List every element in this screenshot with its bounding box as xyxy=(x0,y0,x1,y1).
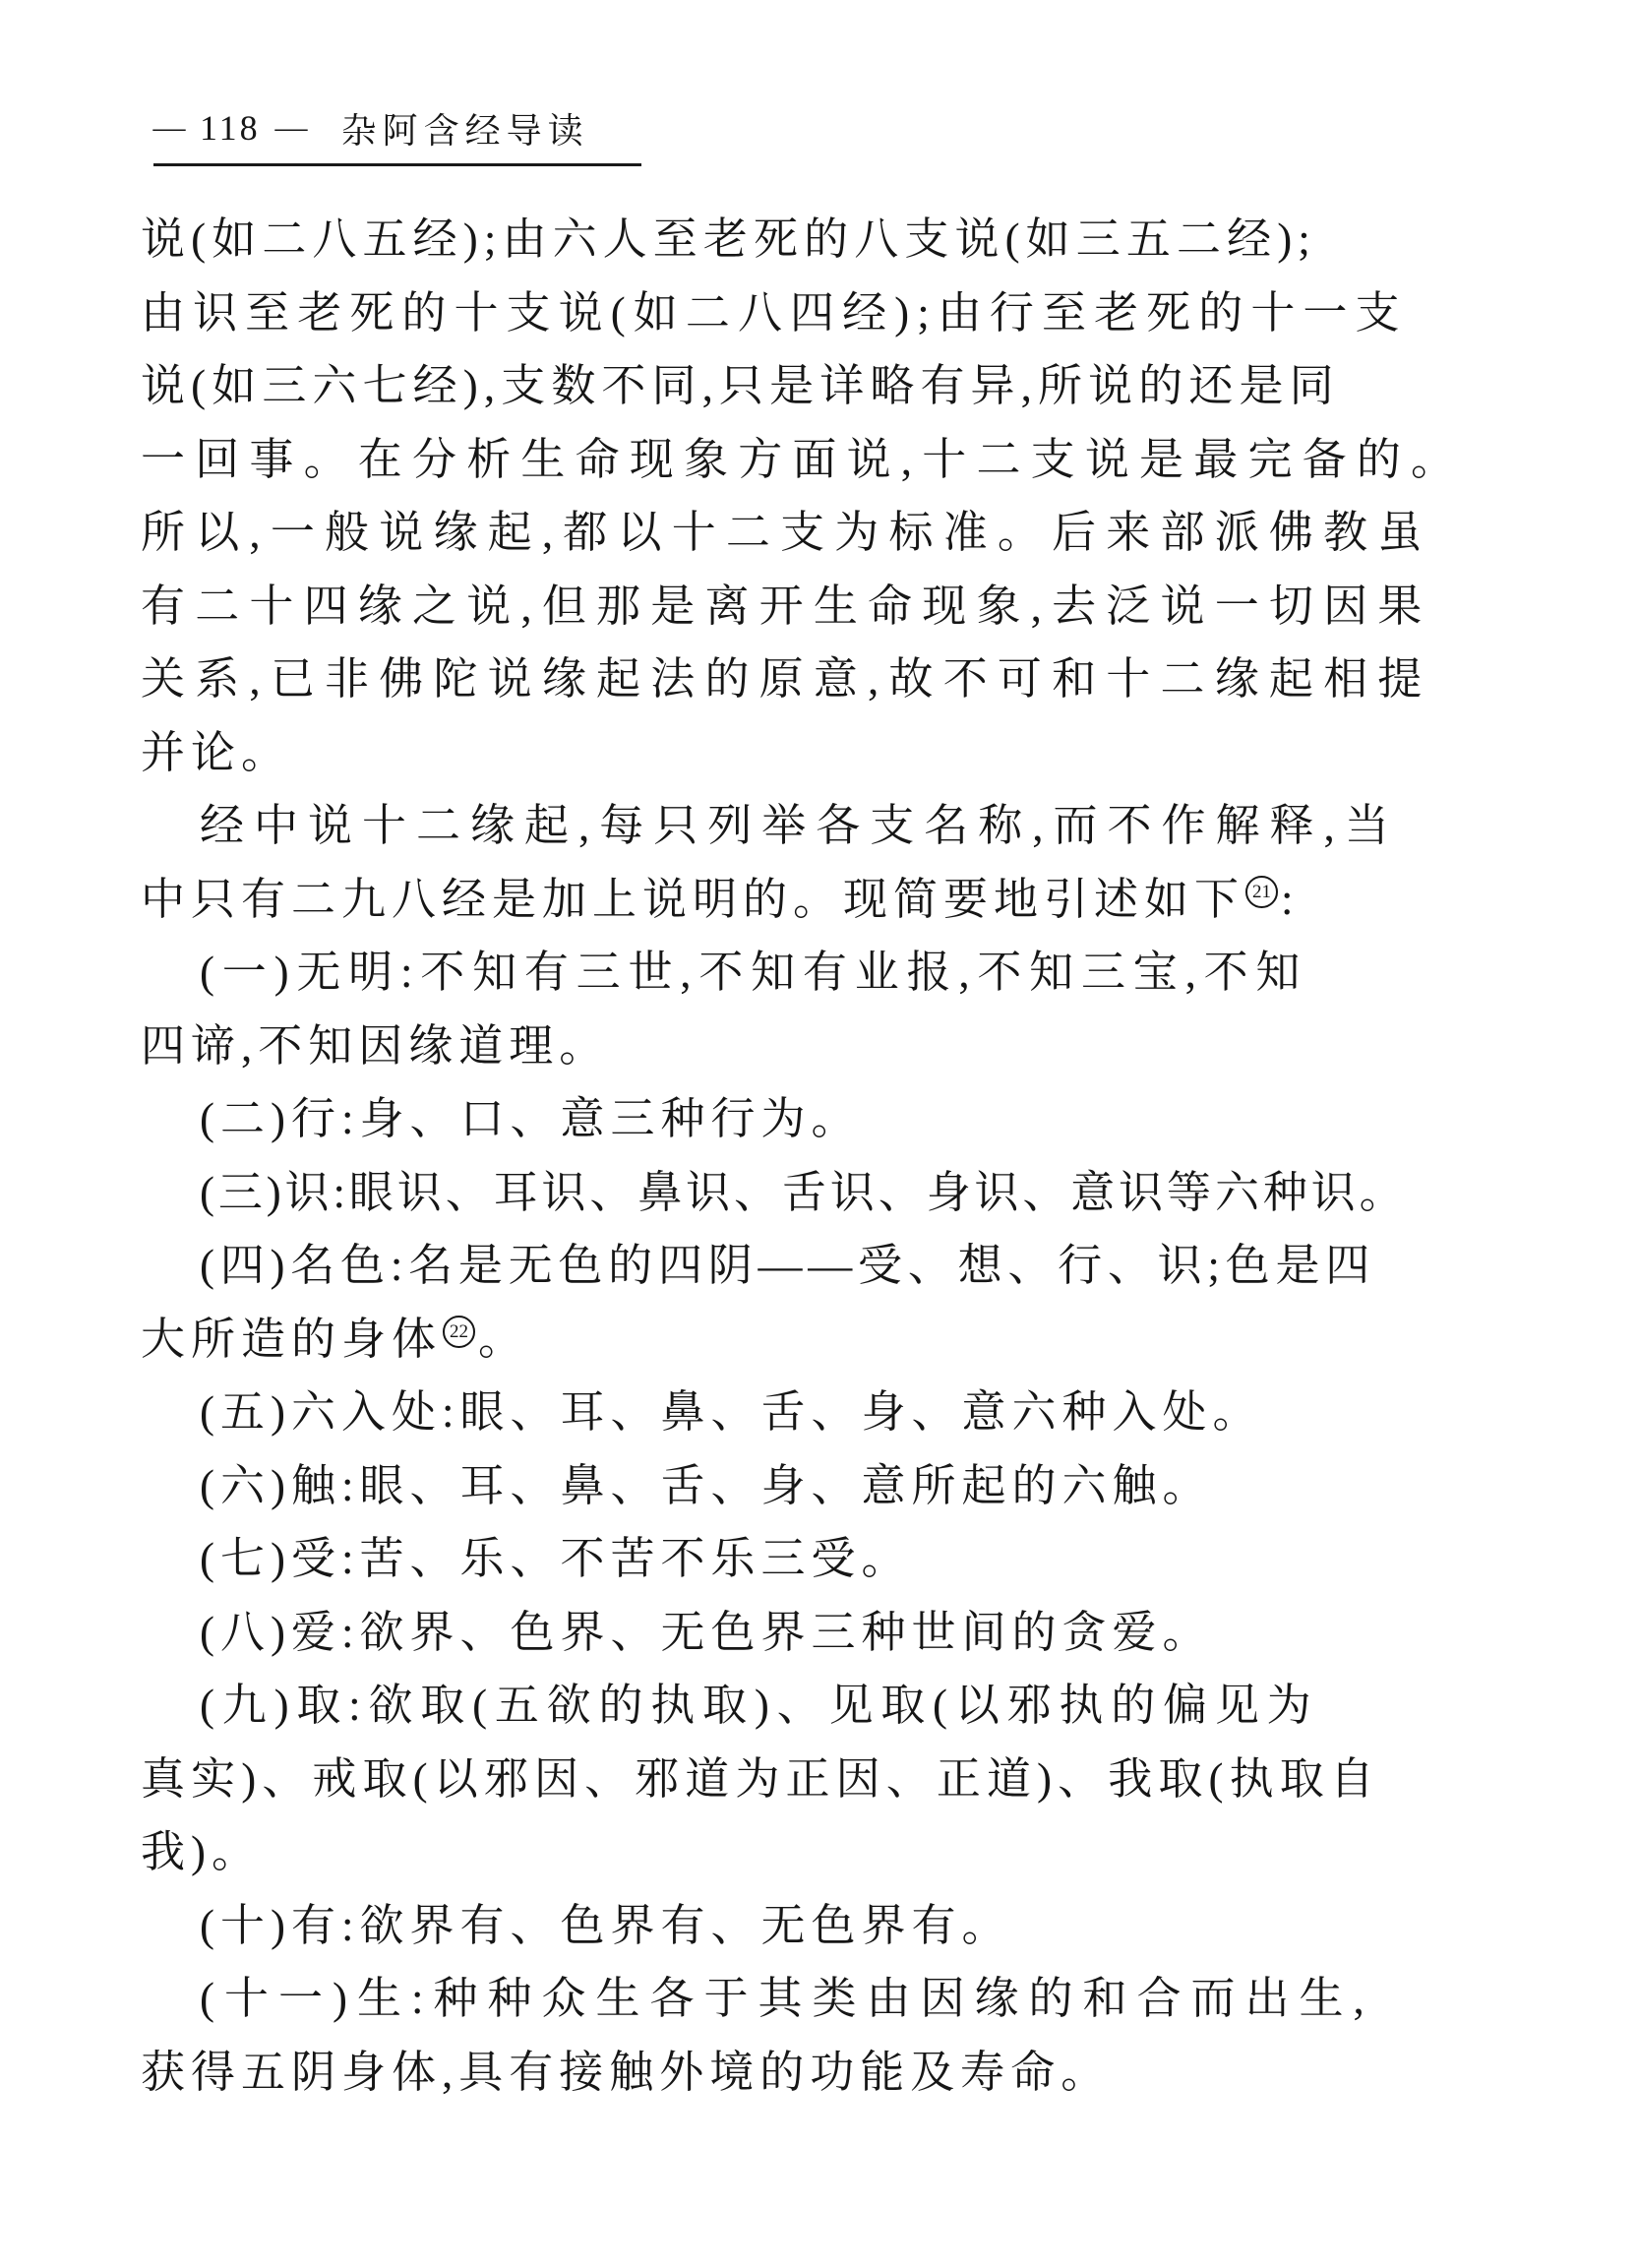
text-line-content: 四谛,不知因缘道理。 xyxy=(141,1021,609,1071)
text-line: 说(如三六七经),支数不同,只是详略有异,所说的还是同 xyxy=(141,349,1498,423)
footnote-ref: 22 xyxy=(443,1316,475,1348)
page-body: 说(如二八五经);由六人至老死的八支说(如三五二经);由识至老死的十支说(如二八… xyxy=(141,203,1498,2109)
text-line: 获得五阴身体,具有接触外境的功能及寿命。 xyxy=(141,2036,1498,2110)
text-line: (九)取:欲取(五欲的执取)、见取(以邪执的偏见为 xyxy=(141,1669,1498,1743)
text-line: (六)触:眼、耳、鼻、舌、身、意所起的六触。 xyxy=(141,1449,1498,1523)
book-page: — 118 — 杂阿含经导读 说(如二八五经);由六人至老死的八支说(如三五二经… xyxy=(0,0,1637,2268)
text-line: 大所造的身体22。 xyxy=(141,1303,1498,1377)
text-line-content: (七)受:苦、乐、不苦不乐三受。 xyxy=(200,1534,911,1583)
header-dash-left: — xyxy=(153,111,186,145)
text-line-content: (三)识:眼识、耳识、鼻识、舌识、身识、意识等六种识。 xyxy=(200,1168,1408,1217)
text-line-content: (二)行:身、口、意三种行为。 xyxy=(200,1094,861,1143)
text-line-content: (六)触:眼、耳、鼻、舌、身、意所起的六触。 xyxy=(200,1461,1212,1510)
text-line: 并论。 xyxy=(141,716,1498,790)
text-line-content: 由识至老死的十支说(如二八四经);由行至老死的十一支 xyxy=(141,288,1408,337)
text-line-content: 大所造的身体 xyxy=(141,1315,442,1364)
text-line-content: 。 xyxy=(478,1315,528,1364)
text-line: (八)爱:欲界、色界、无色界三种世间的贪爱。 xyxy=(141,1596,1498,1670)
text-line-content: (四)名色:名是无色的四阴——受、想、行、识;色是四 xyxy=(200,1241,1375,1290)
text-line: 关系,已非佛陀说缘起法的原意,故不可和十二缘起相提 xyxy=(141,643,1498,716)
text-line: (四)名色:名是无色的四阴——受、想、行、识;色是四 xyxy=(141,1229,1498,1303)
header-rule xyxy=(153,163,641,166)
text-line-content: (十一)生:种种众生各于其类由因缘的和合而出生, xyxy=(200,1974,1374,2023)
text-line-content: (一)无明:不知有三世,不知有业报,不知三宝,不知 xyxy=(200,948,1307,997)
text-line-content: 我)。 xyxy=(141,1827,262,1876)
page-number: 118 xyxy=(200,107,261,149)
text-line-content: 获得五阴身体,具有接触外境的功能及寿命。 xyxy=(141,2048,1111,2097)
text-line: (一)无明:不知有三世,不知有业报,不知三宝,不知 xyxy=(141,936,1498,1010)
text-line-content: 所以,一般说缘起,都以十二支为标准。后来部派佛教虽 xyxy=(141,508,1432,557)
text-line-content: (十)有:欲界有、色界有、无色界有。 xyxy=(200,1901,1011,1950)
text-line: 真实)、戒取(以邪因、邪道为正因、正道)、我取(执取自 xyxy=(141,1743,1498,1816)
text-line: 说(如二八五经);由六人至老死的八支说(如三五二经); xyxy=(141,203,1498,276)
text-line-content: (八)爱:欲界、色界、无色界三种世间的贪爱。 xyxy=(200,1608,1212,1657)
text-line-content: 经中说十二缘起,每只列举各支名称,而不作解释,当 xyxy=(200,801,1399,850)
text-line: (七)受:苦、乐、不苦不乐三受。 xyxy=(141,1522,1498,1596)
text-line: 我)。 xyxy=(141,1815,1498,1889)
text-line-content: 真实)、戒取(以邪因、邪道为正因、正道)、我取(执取自 xyxy=(141,1754,1380,1804)
text-line: 由识至老死的十支说(如二八四经);由行至老死的十一支 xyxy=(141,276,1498,350)
text-line: 有二十四缘之说,但那是离开生命现象,去泛说一切因果 xyxy=(141,570,1498,644)
text-line: (三)识:眼识、耳识、鼻识、舌识、身识、意识等六种识。 xyxy=(141,1156,1498,1230)
text-line: (二)行:身、口、意三种行为。 xyxy=(141,1082,1498,1156)
text-line: (十)有:欲界有、色界有、无色界有。 xyxy=(141,1889,1498,1963)
text-line-content: 并论。 xyxy=(141,728,291,777)
running-title: 杂阿含经导读 xyxy=(341,103,589,153)
text-line-content: (五)六入处:眼、耳、鼻、舌、身、意六种入处。 xyxy=(200,1387,1262,1437)
text-line-content: 一回事。在分析生命现象方面说,十二支说是最完备的。 xyxy=(141,435,1465,484)
text-line: 四谛,不知因缘道理。 xyxy=(141,1010,1498,1083)
text-line: 一回事。在分析生命现象方面说,十二支说是最完备的。 xyxy=(141,423,1498,497)
text-line: 中只有二九八经是加上说明的。现简要地引述如下21: xyxy=(141,863,1498,937)
header-dash-right: — xyxy=(274,111,307,145)
text-line: (十一)生:种种众生各于其类由因缘的和合而出生, xyxy=(141,1962,1498,2036)
footnote-ref: 21 xyxy=(1245,876,1278,908)
text-line: 经中说十二缘起,每只列举各支名称,而不作解释,当 xyxy=(141,789,1498,863)
text-line-content: 关系,已非佛陀说缘起法的原意,故不可和十二缘起相提 xyxy=(141,654,1432,704)
text-line-content: : xyxy=(1281,875,1300,924)
text-line-content: 说(如二八五经);由六人至老死的八支说(如三五二经); xyxy=(141,215,1316,264)
text-line-content: 有二十四缘之说,但那是离开生命现象,去泛说一切因果 xyxy=(141,582,1432,631)
text-line: 所以,一般说缘起,都以十二支为标准。后来部派佛教虽 xyxy=(141,496,1498,570)
text-line: (五)六入处:眼、耳、鼻、舌、身、意六种入处。 xyxy=(141,1376,1498,1449)
text-line-content: 中只有二九八经是加上说明的。现简要地引述如下 xyxy=(141,875,1244,924)
text-line-content: (九)取:欲取(五欲的执取)、见取(以邪执的偏见为 xyxy=(200,1681,1318,1730)
page-header: — 118 — 杂阿含经导读 xyxy=(154,102,589,153)
text-line-content: 说(如三六七经),支数不同,只是详略有异,所说的还是同 xyxy=(141,361,1340,410)
